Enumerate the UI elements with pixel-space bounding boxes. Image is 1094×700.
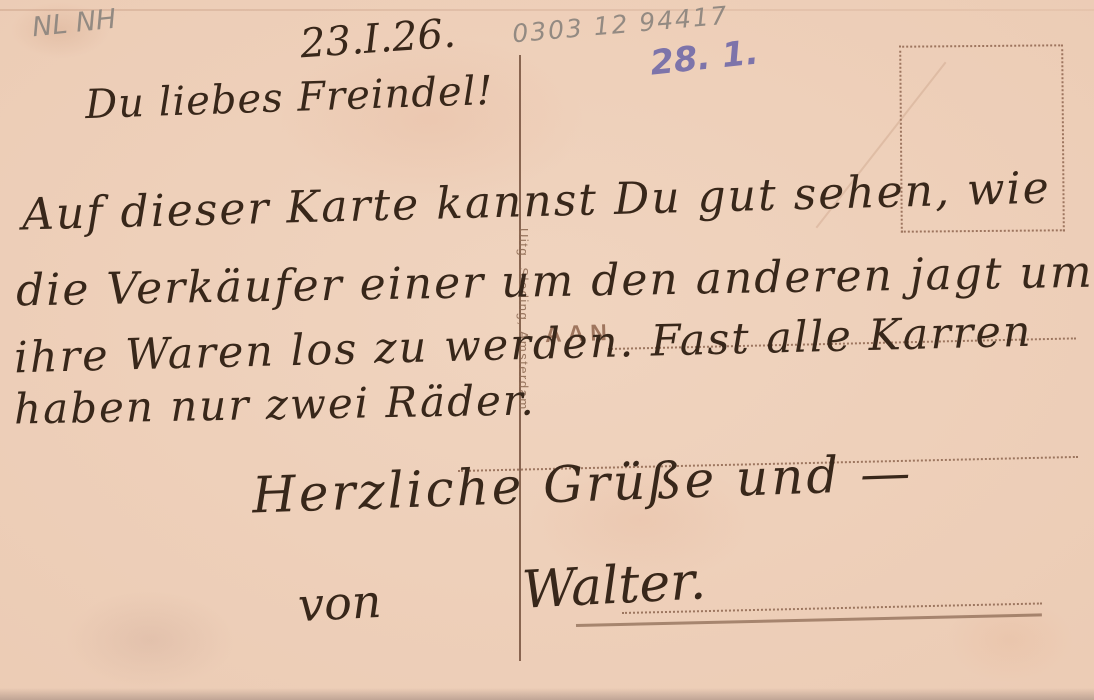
handwritten-greeting: Du liebes Freindel! — [84, 68, 494, 128]
handwritten-closing: Herzliche Grüße und — — [251, 443, 914, 524]
handwritten-body-line: die Verkäufer einer um den anderen jagt … — [16, 247, 1094, 317]
handwritten-signature-prefix: von — [297, 574, 383, 632]
bottom-edge-shadow — [0, 688, 1094, 700]
postcard-back: NL NH 0303 12 94417 28. 1. Uitg. Sleding… — [0, 0, 1094, 700]
handwritten-body-line: Auf dieser Karte kannst Du gut sehen, wi… — [22, 163, 1052, 241]
top-edge-crease — [0, 9, 1094, 11]
handwritten-body-line: haben nur zwei Räder. — [14, 375, 536, 433]
handwritten-date: 23.I.26. — [299, 11, 458, 68]
handwritten-signature: Walter. — [521, 551, 708, 621]
address-line-4 — [576, 613, 1042, 627]
blue-crayon-date: 28. 1. — [648, 32, 760, 83]
